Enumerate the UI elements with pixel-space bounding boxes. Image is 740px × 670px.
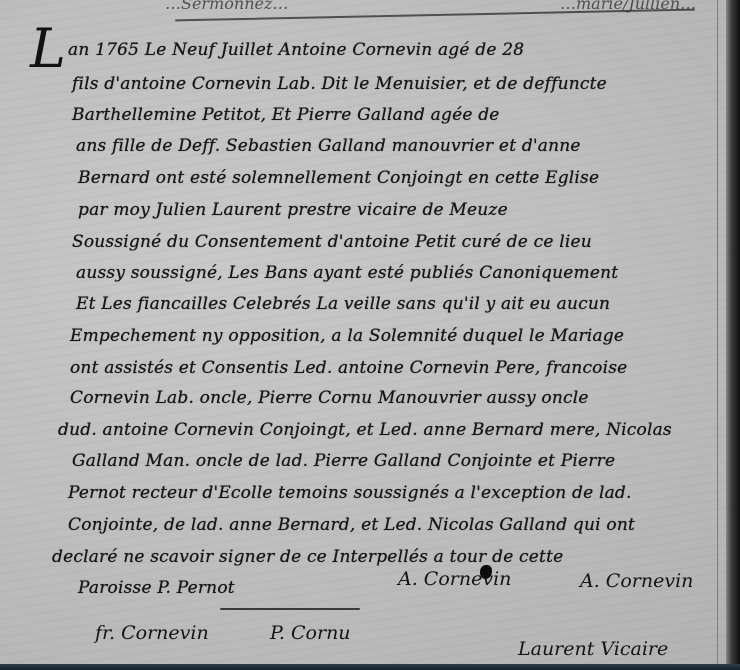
book-spine-shadow <box>726 0 740 664</box>
entry-line-11: ont assistés et Consentis Led. antoine C… <box>70 358 627 378</box>
entry-line-4: ans fille de Deff. Sebastien Galland man… <box>76 136 581 156</box>
entry-line-5: Bernard ont esté solemnellement Conjoing… <box>78 168 599 188</box>
entry-line-6: par moy Julien Laurent prestre vicaire d… <box>78 200 508 220</box>
entry-line-10: Empechement ny opposition, a la Solemnit… <box>70 326 624 346</box>
page-edge-line <box>717 0 718 664</box>
viewer-bottom-bar <box>0 664 740 670</box>
entry-line-14: Galland Man. oncle de lad. Pierre Gallan… <box>72 451 615 471</box>
signature-fr-cornevin: fr. Cornevin <box>95 622 209 644</box>
decorated-initial: L <box>30 22 66 76</box>
entry-line-8: aussy soussigné, Les Bans ayant esté pub… <box>76 263 618 283</box>
entry-line-18: Paroisse P. Pernot <box>78 578 235 598</box>
entry-line-9: Et Les fiancailles Celebrés La veille sa… <box>76 294 610 314</box>
signature-flourish <box>220 608 360 610</box>
signature-a-cornevin-2: A. Cornevin <box>580 570 693 592</box>
entry-line-3: Barthellemine Petitot, Et Pierre Galland… <box>72 105 500 125</box>
signature-p-cornu: P. Cornu <box>270 622 351 644</box>
signature-laurent-vicaire: Laurent Vicaire <box>518 638 668 660</box>
entry-line-15: Pernot recteur d'Ecolle temoins soussign… <box>68 483 632 503</box>
entry-line-13: dud. antoine Cornevin Conjoingt, et Led.… <box>58 420 672 440</box>
signature-a-cornevin-1: A. Cornevin <box>398 568 511 590</box>
previous-entry-fragment-left: …Sermonnez… <box>165 0 288 13</box>
entry-line-16: Conjointe, de lad. anne Bernard, et Led.… <box>68 515 635 535</box>
entry-line-1: an 1765 Le Neuf Juillet Antoine Cornevin… <box>68 40 524 60</box>
entry-line-2: fils d'antoine Cornevin Lab. Dit le Menu… <box>72 74 607 94</box>
entry-line-12: Cornevin Lab. oncle, Pierre Cornu Manouv… <box>70 388 589 408</box>
entry-line-17: declaré ne scavoir signer de ce Interpel… <box>52 547 563 567</box>
document-viewer: …Sermonnez… …marié/Jullien… L an 1765 Le… <box>0 0 740 664</box>
entry-line-7: Soussigné du Consentement d'antoine Peti… <box>72 232 592 252</box>
